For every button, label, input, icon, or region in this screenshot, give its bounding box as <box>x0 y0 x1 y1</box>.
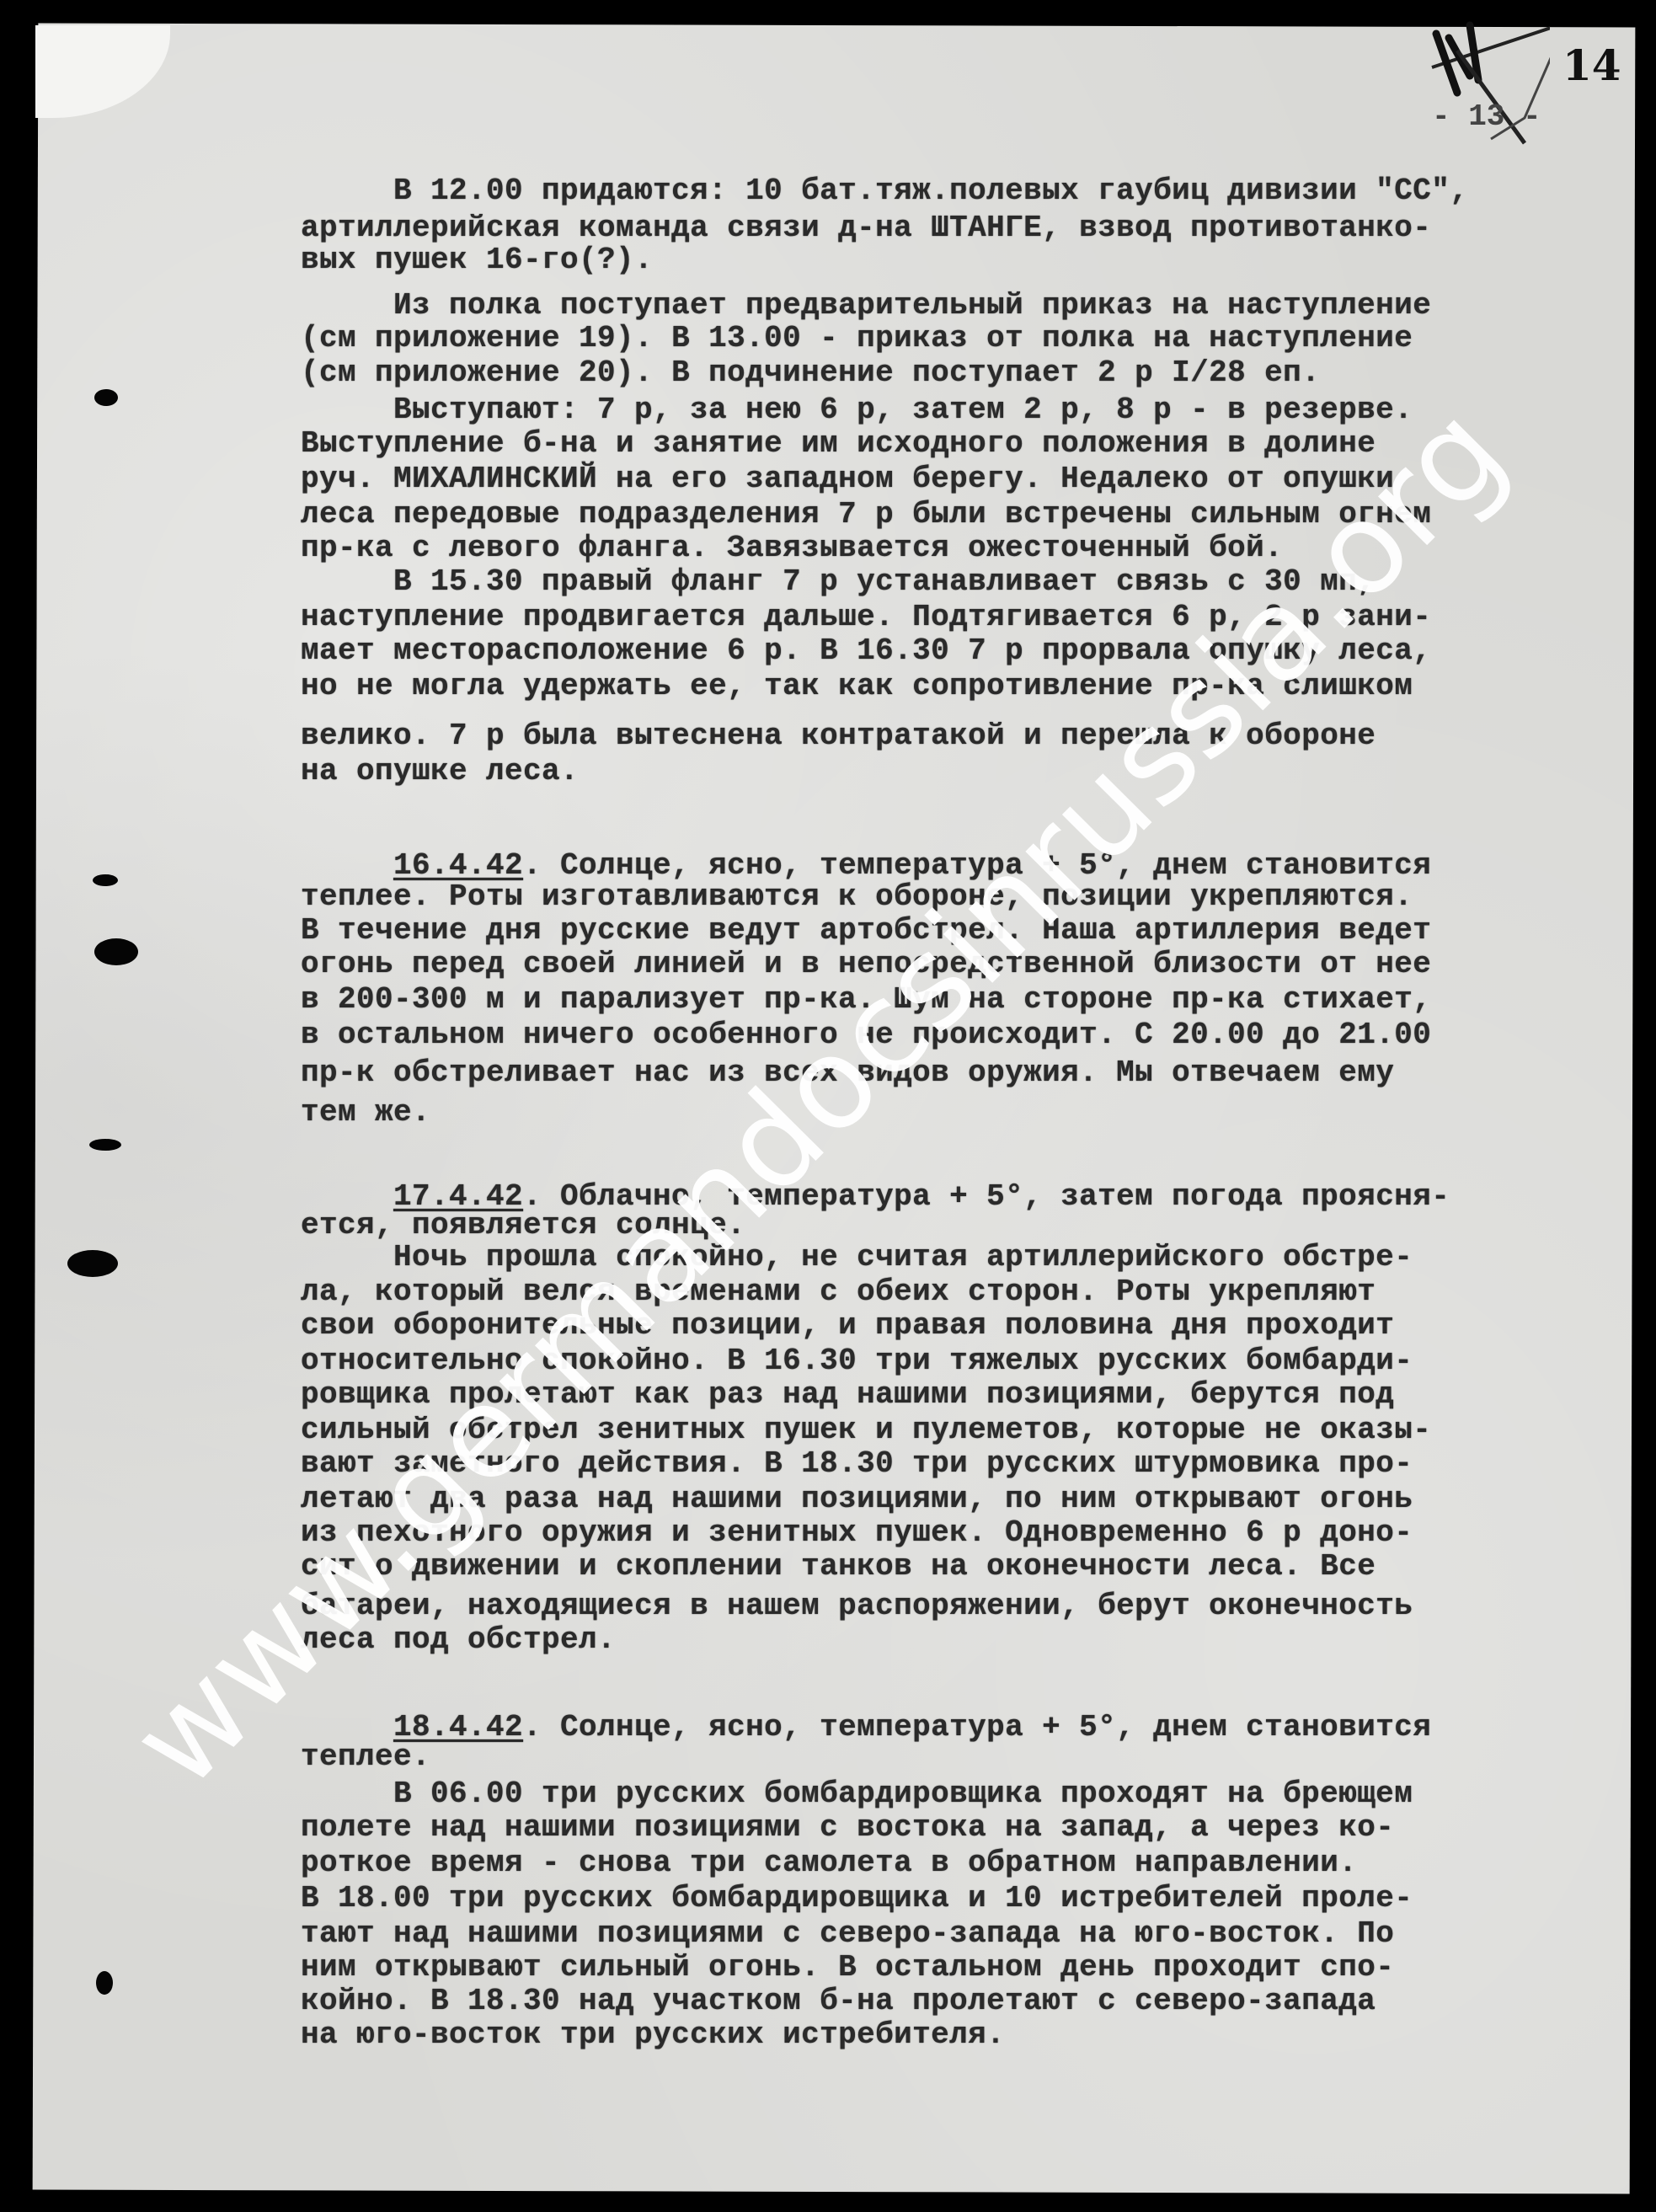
text-line: Выступают: 7 р, за нею 6 р, затем 2 р, 8… <box>393 393 1413 427</box>
text-line: В 12.00 придаются: 10 бат.тяж.полевых га… <box>393 174 1468 208</box>
text-line: вают заметного действия. В 18.30 три рус… <box>301 1447 1413 1481</box>
line-text: В течение дня русские ведут артобстрел. … <box>301 913 1431 948</box>
line-text: наступление продвигается дальше. Подтяги… <box>301 600 1431 634</box>
text-line: В 15.30 правый фланг 7 р устанавливает с… <box>393 565 1376 599</box>
line-text: ла, который велся временами с обеих стор… <box>301 1274 1376 1309</box>
text-line: вых пушек 16-го(?). <box>301 243 653 277</box>
text-line: роткое время - снова три самолета в обра… <box>301 1846 1357 1880</box>
text-line: ется, появляется солнце. <box>301 1209 745 1242</box>
typed-page-number: - 13 - <box>1432 99 1541 134</box>
line-text: . Солнце, ясно, температура + 5°, днем с… <box>523 848 1431 883</box>
text-line: В течение дня русские ведут артобстрел. … <box>301 914 1431 948</box>
text-line: тем же. <box>301 1096 430 1130</box>
text-line: ла, который велся временами с обеих стор… <box>301 1275 1376 1309</box>
text-line: (см приложение 19). В 13.00 - приказ от … <box>301 322 1413 355</box>
line-text: (см приложение 20). В подчинение поступа… <box>301 355 1320 390</box>
line-text: сильный обстрел зенитных пушек и пулемет… <box>301 1413 1431 1447</box>
text-line: относительно спокойно. В 16.30 три тяжел… <box>301 1344 1413 1378</box>
line-text: огонь перед своей линией и в непосредств… <box>301 947 1431 981</box>
text-line: Ночь прошла спокойно, не считая артиллер… <box>393 1241 1413 1274</box>
line-text: из пехотного оружия и зенитных пушек. Од… <box>301 1515 1413 1550</box>
line-text: теплее. Роты изготавливаются к обороне, … <box>301 879 1413 914</box>
text-line: леса под обстрел. <box>301 1623 616 1657</box>
text-line: артиллерийская команда связи д-на ШТАНГЕ… <box>301 211 1431 245</box>
line-text: в 200-300 м и парализует пр-ка. Шум на с… <box>301 982 1431 1017</box>
punch-hole <box>94 938 138 965</box>
dated-entry-line: 18.4.42. Солнце, ясно, температура + 5°,… <box>393 1711 1431 1744</box>
line-text: относительно спокойно. В 16.30 три тяжел… <box>301 1344 1413 1378</box>
line-text: В 18.00 три русских бомбардировщика и 10… <box>301 1881 1413 1915</box>
line-text: В 15.30 правый фланг 7 р устанавливает с… <box>393 564 1376 599</box>
line-text: но не могла удержать ее, так как сопроти… <box>301 669 1413 703</box>
line-text: летают два раза над нашими позициями, по… <box>301 1482 1413 1516</box>
line-text: батареи, находящиеся в нашем распоряжени… <box>301 1589 1413 1623</box>
line-text: . Солнце, ясно, температура + 5°, днем с… <box>523 1710 1431 1744</box>
line-text: руч. МИХАЛИНСКИЙ на его западном берегу.… <box>301 462 1394 496</box>
text-line: свои оборонительные позиции, и правая по… <box>301 1309 1394 1343</box>
text-line: руч. МИХАЛИНСКИЙ на его западном берегу.… <box>301 462 1394 496</box>
line-text: теплее. <box>301 1739 430 1774</box>
text-line: но не могла удержать ее, так как сопроти… <box>301 670 1413 703</box>
text-line: ним открывают сильный огонь. В остальном… <box>301 1951 1394 1985</box>
text-line: (см приложение 20). В подчинение поступа… <box>301 356 1320 390</box>
punch-hole <box>96 1971 113 1995</box>
line-text: мает месторасположение 6 р. В 16.30 7 р … <box>301 633 1431 668</box>
punch-hole <box>89 1139 121 1151</box>
text-line: койно. В 18.30 над участком б-на пролета… <box>301 1985 1376 2018</box>
text-line: пр-ка с левого фланга. Завязывается ожес… <box>301 532 1283 565</box>
punch-hole <box>67 1250 118 1277</box>
line-text: в остальном ничего особенного не происхо… <box>301 1018 1431 1052</box>
text-line: батареи, находящиеся в нашем распоряжени… <box>301 1590 1413 1623</box>
text-line: тают над нашими позициями с северо-запад… <box>301 1917 1394 1951</box>
line-text: ровщика пролетают как раз над нашими поз… <box>301 1377 1394 1412</box>
text-line: в остальном ничего особенного не происхо… <box>301 1018 1431 1052</box>
line-text: В 12.00 придаются: 10 бат.тяж.полевых га… <box>393 174 1468 208</box>
text-line: в 200-300 м и парализует пр-ка. Шум на с… <box>301 983 1431 1017</box>
line-text: артиллерийская команда связи д-на ШТАНГЕ… <box>301 211 1431 245</box>
text-line: теплее. Роты изготавливаются к обороне, … <box>301 880 1413 914</box>
text-line: велико. 7 р была вытеснена контратакой и… <box>301 719 1376 753</box>
line-text: Ночь прошла спокойно, не считая артиллер… <box>393 1240 1413 1274</box>
line-text: леса передовые подразделения 7 р были вс… <box>301 497 1431 532</box>
text-line: ровщика пролетают как раз над нашими поз… <box>301 1378 1394 1412</box>
text-line: мает месторасположение 6 р. В 16.30 7 р … <box>301 634 1431 668</box>
text-line: пр-к обстреливает нас из всех видов оруж… <box>301 1056 1394 1090</box>
line-text: полете над нашими позициями с востока на… <box>301 1810 1394 1845</box>
line-text: велико. 7 р была вытеснена контратакой и… <box>301 719 1376 753</box>
text-line: Из полка поступает предварительный прика… <box>393 289 1431 323</box>
text-line: теплее. <box>301 1740 430 1774</box>
text-line: наступление продвигается дальше. Подтяги… <box>301 601 1431 634</box>
text-line: из пехотного оружия и зенитных пушек. Од… <box>301 1516 1413 1550</box>
line-text: на юго-восток три русских истребителя. <box>301 2017 1005 2052</box>
line-text: койно. В 18.30 над участком б-на пролета… <box>301 1984 1376 2018</box>
handwritten-page-number: 14 <box>1563 40 1621 90</box>
line-text: на опушке леса. <box>301 754 579 788</box>
text-line: Выступление б-на и занятие им исходного … <box>301 427 1376 461</box>
line-text: Из полка поступает предварительный прика… <box>393 288 1431 323</box>
text-line: сит о движении и скоплении танков на око… <box>301 1550 1376 1584</box>
line-text: сит о движении и скоплении танков на око… <box>301 1549 1376 1584</box>
line-text: пр-к обстреливает нас из всех видов оруж… <box>301 1055 1394 1090</box>
text-line: сильный обстрел зенитных пушек и пулемет… <box>301 1413 1431 1447</box>
text-line: летают два раза над нашими позициями, по… <box>301 1483 1413 1516</box>
line-text: вают заметного действия. В 18.30 три рус… <box>301 1446 1413 1481</box>
line-text: роткое время - снова три самолета в обра… <box>301 1846 1357 1880</box>
text-line: В 18.00 три русских бомбардировщика и 10… <box>301 1882 1413 1915</box>
line-text: вых пушек 16-го(?). <box>301 243 653 277</box>
text-line: В 06.00 три русских бомбардировщика прох… <box>393 1777 1413 1811</box>
line-text: леса под обстрел. <box>301 1622 616 1657</box>
punch-hole <box>93 874 118 886</box>
line-text: ется, появляется солнце. <box>301 1208 745 1242</box>
line-text: (см приложение 19). В 13.00 - приказ от … <box>301 321 1413 355</box>
line-text: ним открывают сильный огонь. В остальном… <box>301 1950 1394 1985</box>
text-line: леса передовые подразделения 7 р были вс… <box>301 498 1431 532</box>
dated-entry-line: 16.4.42. Солнце, ясно, температура + 5°,… <box>393 849 1431 883</box>
text-line: на юго-восток три русских истребителя. <box>301 2018 1005 2052</box>
line-text: свои оборонительные позиции, и правая по… <box>301 1308 1394 1343</box>
line-text: пр-ка с левого фланга. Завязывается ожес… <box>301 531 1283 565</box>
entry-date: 16.4.42 <box>393 848 523 883</box>
text-line: полете над нашими позициями с востока на… <box>301 1811 1394 1845</box>
text-line: огонь перед своей линией и в непосредств… <box>301 948 1431 981</box>
line-text: тают над нашими позициями с северо-запад… <box>301 1916 1394 1951</box>
line-text: В 06.00 три русских бомбардировщика прох… <box>393 1777 1413 1811</box>
line-text: Выступление б-на и занятие им исходного … <box>301 426 1376 461</box>
text-line: на опушке леса. <box>301 755 579 788</box>
punch-hole <box>94 389 118 406</box>
line-text: тем же. <box>301 1095 430 1130</box>
line-text: Выступают: 7 р, за нею 6 р, затем 2 р, 8… <box>393 393 1413 427</box>
